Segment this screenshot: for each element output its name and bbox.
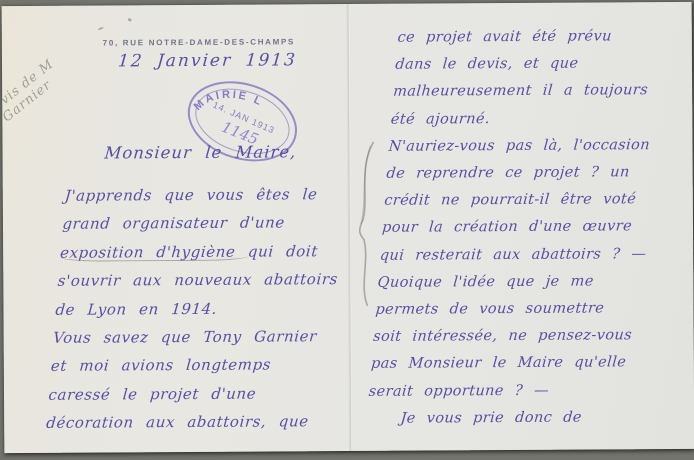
letter-line: Je vous prie donc de — [365, 404, 677, 433]
pencil-underline — [60, 252, 248, 262]
right-page-body: ce projet avait été prévudans le devis, … — [365, 23, 694, 433]
letter-line: malheureusement il a toujours — [392, 77, 694, 106]
letter-line: été ajourné. — [390, 104, 694, 133]
scanned-letter-photo: { "letterhead": { "address": "70, RUE NO… — [0, 0, 694, 460]
paper-speck — [127, 18, 132, 23]
letter-line: de Lyon en 1914. — [54, 294, 358, 324]
letter-line: pour la création d'une œuvre — [381, 213, 693, 242]
letter-line: pas Monsieur le Maire qu'elle — [370, 349, 682, 378]
letter-line: de reprendre ce projet ? un — [385, 159, 694, 188]
letter-line: grand organisateur d'une — [61, 208, 365, 238]
letter-line: Quoique l'idée que je me — [376, 268, 688, 297]
letter-line: N'auriez-vous pas là, l'occasion — [388, 132, 694, 161]
letter-line: et moi avions longtemps — [50, 350, 354, 380]
salutation: Monsieur le Maire, — [104, 142, 297, 162]
letter-line: crédit ne pourrait-il être voté — [383, 186, 694, 215]
letter-paper: 70, RUE NOTRE-DAME-DES-CHAMPS 12 Janvier… — [2, 2, 694, 453]
letter-line: Vous savez que Tony Garnier — [52, 322, 356, 352]
letter-line: serait opportune ? — — [368, 377, 680, 406]
letter-line: décoration aux abattoirs, que — [45, 407, 349, 437]
left-page-body: J'apprends que vous êtes legrand organis… — [45, 180, 368, 438]
letter-line: permets de vous soumettre — [374, 295, 686, 324]
letter-line: caressé le projet d'une — [47, 379, 351, 409]
letter-line: qui resterait aux abattoirs ? — — [379, 241, 691, 270]
stamp-graphic: MAIRIE L 14. JAN 1913 1145 — [173, 62, 313, 180]
letter-line: J'apprends que vous êtes le — [64, 180, 368, 210]
pencil-brace — [353, 140, 380, 308]
letter-line: s'ouvrir aux nouveaux abattoirs — [57, 265, 361, 295]
letter-line: soit intéressée, ne pensez-vous — [372, 322, 684, 351]
mairie-date-stamp: MAIRIE L 14. JAN 1913 1145 — [173, 62, 313, 180]
pencil-margin-note: avis de M Garnier — [0, 57, 66, 126]
letter-line: dans le devis, et que — [394, 50, 694, 79]
letter-line: ce projet avait été prévu — [396, 23, 694, 52]
letterhead-address: 70, RUE NOTRE-DAME-DES-CHAMPS — [68, 37, 330, 48]
paper-speck — [98, 27, 104, 31]
